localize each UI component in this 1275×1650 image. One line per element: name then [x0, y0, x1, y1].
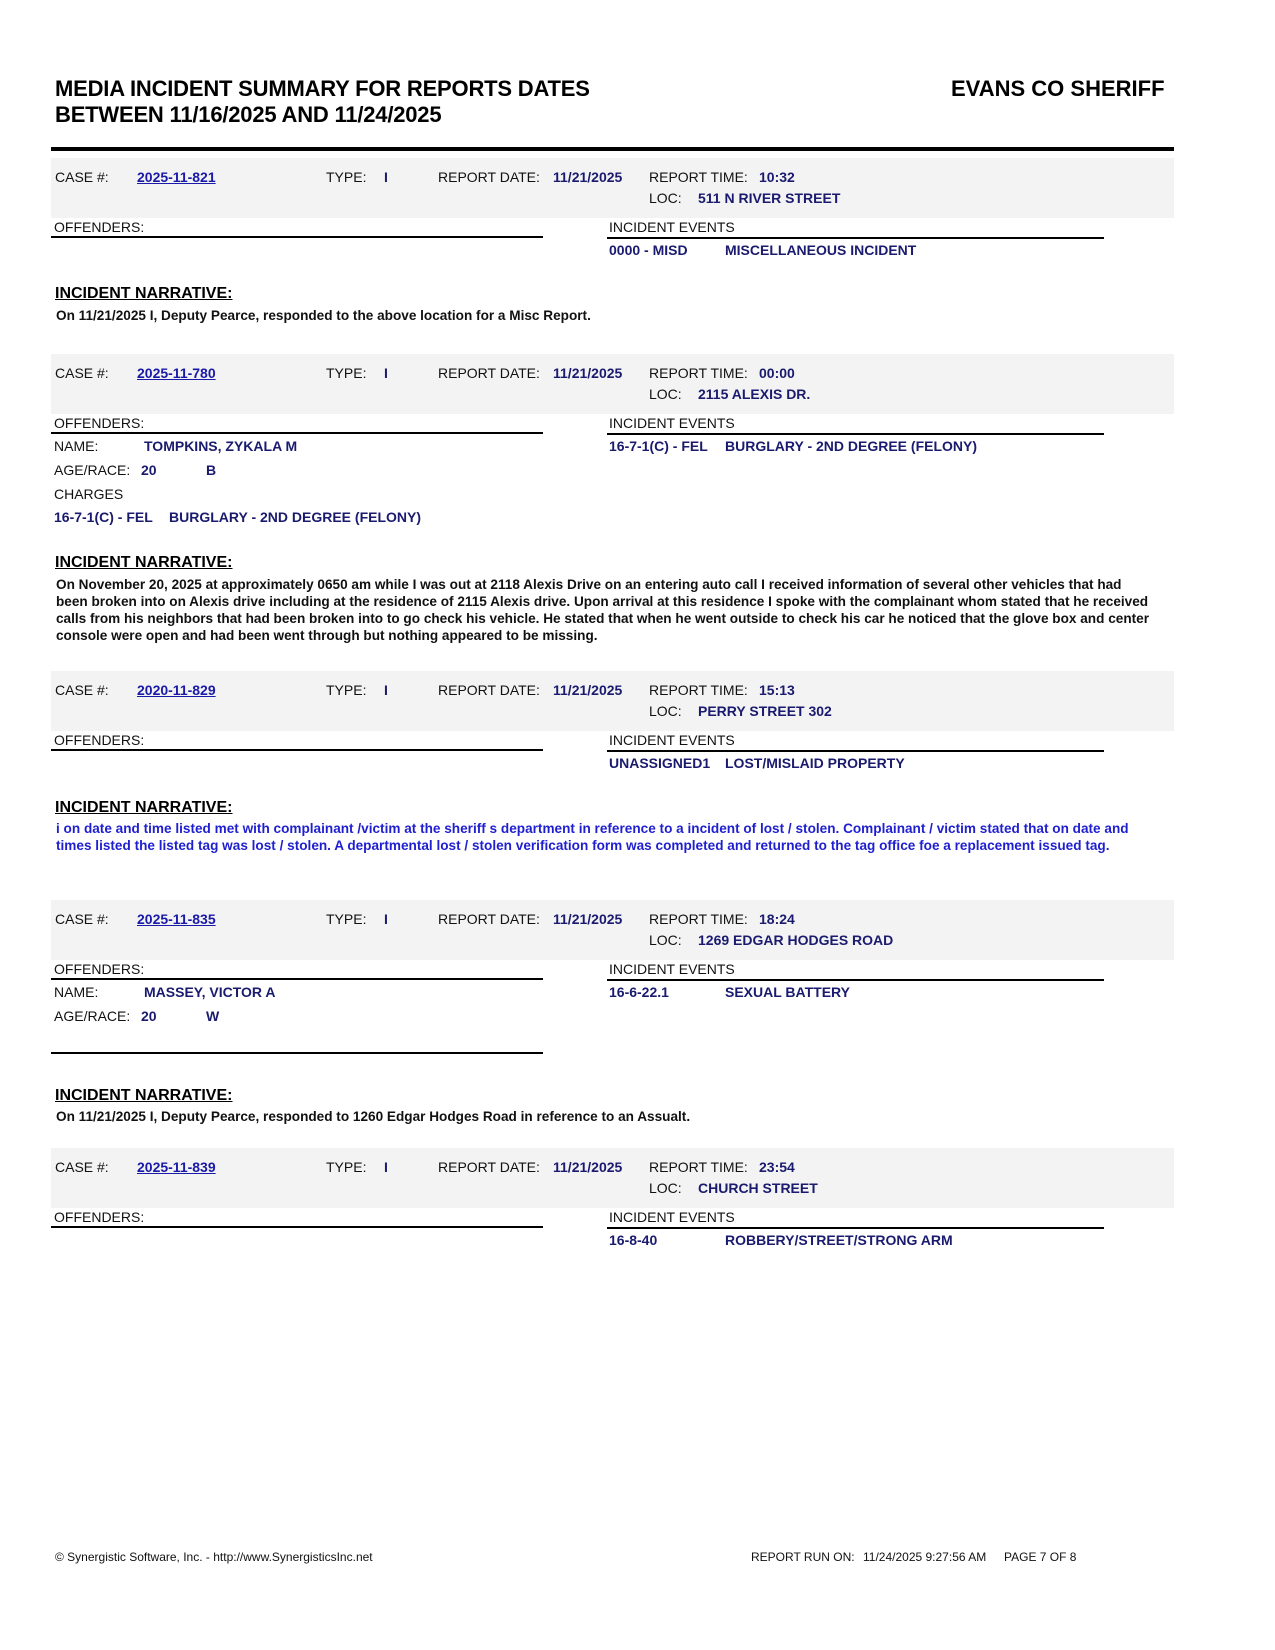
report-time-label: REPORT TIME:	[649, 364, 748, 382]
report-time-value: 10:32	[759, 168, 795, 186]
offenders-label: OFFENDERS:	[54, 1208, 144, 1226]
age-race-label: AGE/RACE:	[54, 461, 130, 479]
report-title-line1: MEDIA INCIDENT SUMMARY FOR REPORTS DATES	[55, 76, 590, 102]
case-number-link[interactable]: 2025-11-821	[137, 168, 216, 186]
narrative-heading: INCIDENT NARRATIVE:	[55, 553, 232, 573]
events-divider	[607, 433, 1104, 435]
offenders-divider	[51, 978, 543, 980]
type-label: TYPE:	[326, 681, 366, 699]
incident-events-label: INCIDENT EVENTS	[609, 414, 735, 432]
case-number-link[interactable]: 2025-11-835	[137, 910, 216, 928]
report-date-label: REPORT DATE:	[438, 910, 540, 928]
offender-name-label: NAME:	[54, 983, 98, 1001]
offenders-divider	[51, 236, 543, 238]
narrative-text: On November 20, 2025 at approximately 06…	[56, 576, 1151, 644]
case-header-band	[51, 354, 1174, 414]
type-value: I	[384, 910, 388, 928]
incident-events-label: INCIDENT EVENTS	[609, 218, 735, 236]
narrative-text: On 11/21/2025 I, Deputy Pearce, responde…	[56, 307, 1151, 324]
charge-code: 16-7-1(C) - FEL	[54, 508, 153, 526]
report-time-label: REPORT TIME:	[649, 910, 748, 928]
report-time-label: REPORT TIME:	[649, 168, 748, 186]
loc-label: LOC:	[649, 1179, 682, 1197]
header-divider	[51, 147, 1174, 151]
event-description: LOST/MISLAID PROPERTY	[725, 754, 905, 772]
incident-events-label: INCIDENT EVENTS	[609, 731, 735, 749]
narrative-heading: INCIDENT NARRATIVE:	[55, 284, 232, 304]
case-label: CASE #:	[55, 1158, 109, 1176]
case-header-band	[51, 158, 1174, 218]
narrative-text: On 11/21/2025 I, Deputy Pearce, responde…	[56, 1108, 1151, 1125]
loc-value: 1269 EDGAR HODGES ROAD	[698, 931, 893, 949]
event-code: 16-7-1(C) - FEL	[609, 437, 708, 455]
report-date-label: REPORT DATE:	[438, 1158, 540, 1176]
report-time-value: 15:13	[759, 681, 795, 699]
report-date-label: REPORT DATE:	[438, 364, 540, 382]
offenders-divider	[51, 432, 543, 434]
age-race-label: AGE/RACE:	[54, 1007, 130, 1025]
offenders-label: OFFENDERS:	[54, 218, 144, 236]
offenders-label: OFFENDERS:	[54, 414, 144, 432]
incident-events-label: INCIDENT EVENTS	[609, 960, 735, 978]
loc-value: 2115 ALEXIS DR.	[698, 385, 810, 403]
narrative-text: i on date and time listed met with compl…	[56, 820, 1151, 854]
loc-value: CHURCH STREET	[698, 1179, 818, 1197]
report-date-value: 11/21/2025	[553, 681, 622, 699]
case-label: CASE #:	[55, 681, 109, 699]
event-code: 16-6-22.1	[609, 983, 669, 1001]
event-description: BURGLARY - 2ND DEGREE (FELONY)	[725, 437, 977, 455]
report-time-label: REPORT TIME:	[649, 1158, 748, 1176]
page-number: PAGE 7 OF 8	[1004, 1550, 1076, 1564]
event-code: 16-8-40	[609, 1231, 657, 1249]
report-time-label: REPORT TIME:	[649, 681, 748, 699]
report-date-value: 11/21/2025	[553, 1158, 622, 1176]
report-date-label: REPORT DATE:	[438, 681, 540, 699]
case-label: CASE #:	[55, 168, 109, 186]
narrative-heading: INCIDENT NARRATIVE:	[55, 798, 232, 818]
type-value: I	[384, 681, 388, 699]
offenders-end-divider	[51, 1052, 543, 1054]
report-date-label: REPORT DATE:	[438, 168, 540, 186]
offender-age: 20	[141, 461, 157, 479]
loc-label: LOC:	[649, 385, 682, 403]
case-header-band	[51, 671, 1174, 731]
type-label: TYPE:	[326, 910, 366, 928]
report-time-value: 23:54	[759, 1158, 795, 1176]
offender-age: 20	[141, 1007, 157, 1025]
event-description: MISCELLANEOUS INCIDENT	[725, 241, 916, 259]
report-date-value: 11/21/2025	[553, 364, 622, 382]
offenders-label: OFFENDERS:	[54, 960, 144, 978]
offender-name: TOMPKINS, ZYKALA M	[144, 437, 297, 455]
event-description: SEXUAL BATTERY	[725, 983, 850, 1001]
loc-label: LOC:	[649, 931, 682, 949]
loc-label: LOC:	[649, 189, 682, 207]
type-label: TYPE:	[326, 1158, 366, 1176]
event-description: ROBBERY/STREET/STRONG ARM	[725, 1231, 953, 1249]
case-header-band	[51, 900, 1174, 960]
report-time-value: 00:00	[759, 364, 795, 382]
charge-description: BURGLARY - 2ND DEGREE (FELONY)	[169, 508, 421, 526]
case-label: CASE #:	[55, 910, 109, 928]
case-label: CASE #:	[55, 364, 109, 382]
case-number-link[interactable]: 2020-11-829	[137, 681, 216, 699]
offender-race: B	[206, 461, 216, 479]
events-divider	[607, 1227, 1104, 1229]
report-date-value: 11/21/2025	[553, 910, 622, 928]
agency-name: EVANS CO SHERIFF	[951, 76, 1165, 102]
offenders-divider	[51, 1226, 543, 1228]
report-time-value: 18:24	[759, 910, 795, 928]
narrative-heading: INCIDENT NARRATIVE:	[55, 1086, 232, 1106]
report-run-timestamp: 11/24/2025 9:27:56 AM	[863, 1550, 986, 1564]
report-date-value: 11/21/2025	[553, 168, 622, 186]
offenders-divider	[51, 749, 543, 751]
case-number-link[interactable]: 2025-11-839	[137, 1158, 216, 1176]
report-title: MEDIA INCIDENT SUMMARY FOR REPORTS DATES…	[55, 76, 590, 128]
charges-label: CHARGES	[54, 485, 123, 503]
offender-name: MASSEY, VICTOR A	[144, 983, 275, 1001]
offender-race: W	[206, 1007, 219, 1025]
report-run-label: REPORT RUN ON:	[751, 1550, 855, 1564]
report-title-line2: BETWEEN 11/16/2025 AND 11/24/2025	[55, 102, 590, 128]
type-label: TYPE:	[326, 364, 366, 382]
events-divider	[607, 237, 1104, 239]
copyright-text: © Synergistic Software, Inc. - http://ww…	[55, 1550, 373, 1564]
offender-name-label: NAME:	[54, 437, 98, 455]
event-code: 0000 - MISD	[609, 241, 688, 259]
type-value: I	[384, 1158, 388, 1176]
incident-events-label: INCIDENT EVENTS	[609, 1208, 735, 1226]
type-value: I	[384, 364, 388, 382]
events-divider	[607, 750, 1104, 752]
type-label: TYPE:	[326, 168, 366, 186]
type-value: I	[384, 168, 388, 186]
case-number-link[interactable]: 2025-11-780	[137, 364, 216, 382]
case-header-band	[51, 1148, 1174, 1208]
event-code: UNASSIGNED1	[609, 754, 710, 772]
offenders-label: OFFENDERS:	[54, 731, 144, 749]
loc-label: LOC:	[649, 702, 682, 720]
loc-value: PERRY STREET 302	[698, 702, 832, 720]
loc-value: 511 N RIVER STREET	[698, 189, 840, 207]
events-divider	[607, 979, 1104, 981]
